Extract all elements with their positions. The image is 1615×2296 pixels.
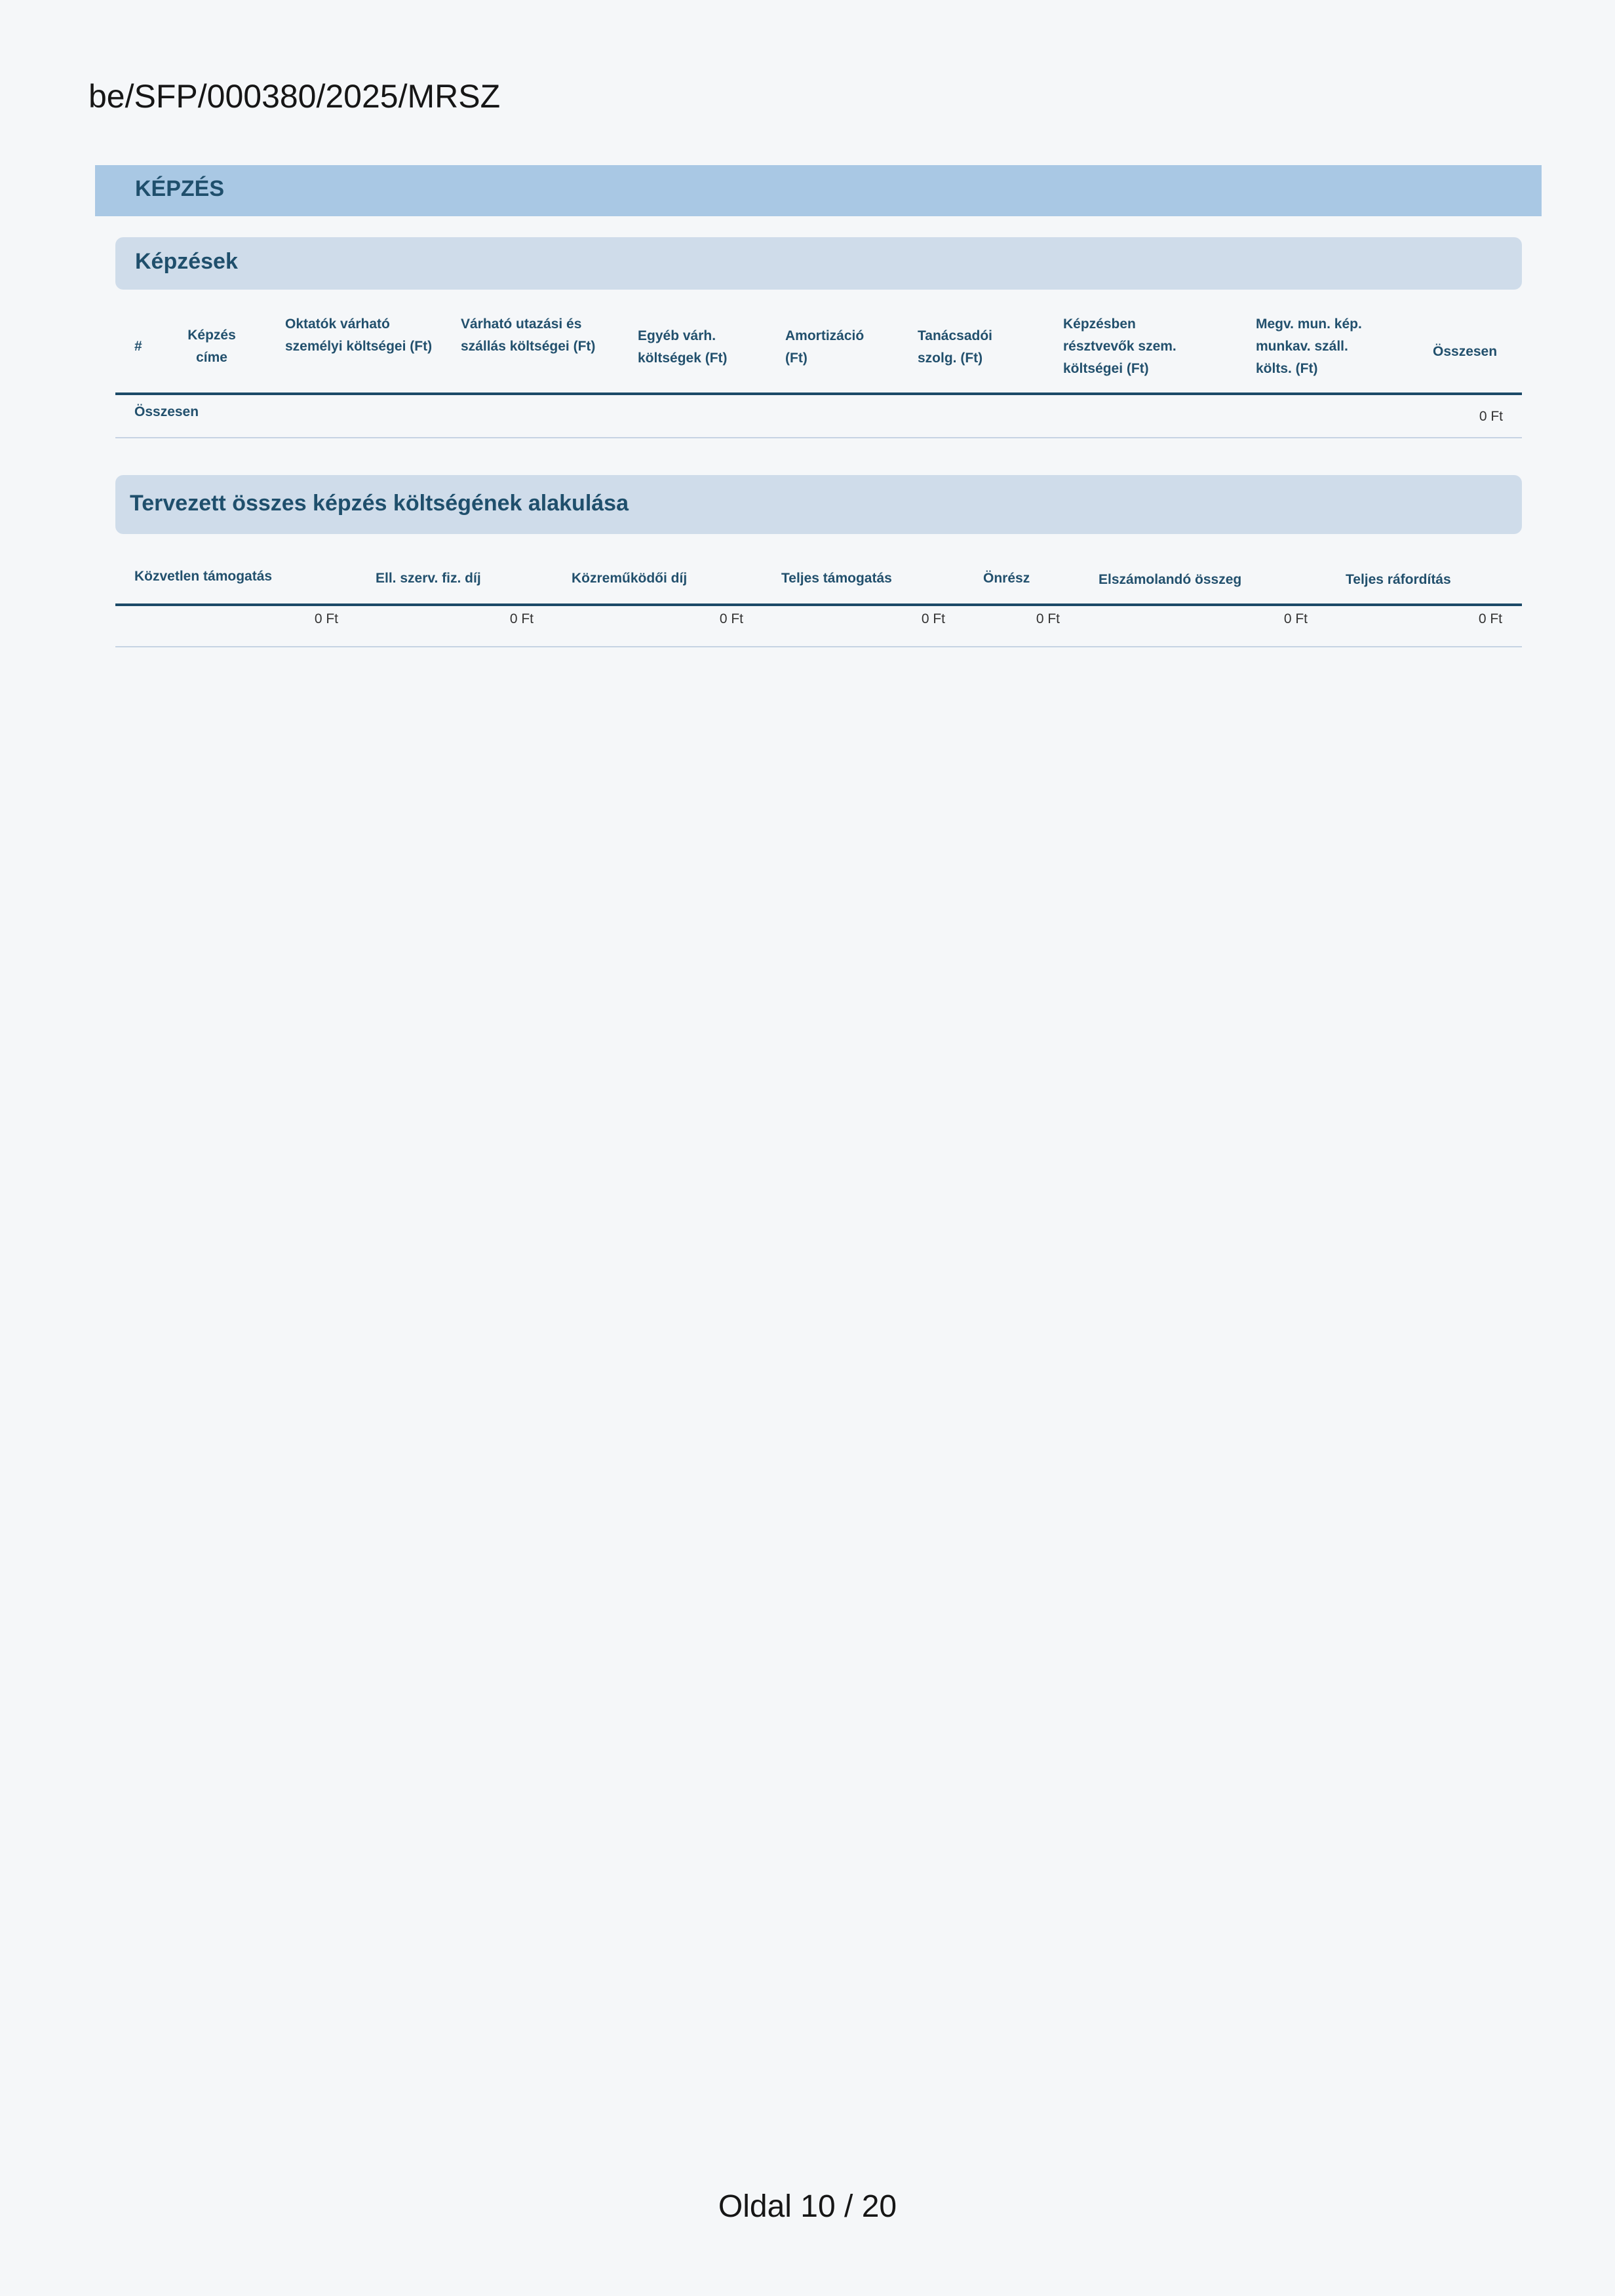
value-control-fee: 0 Ft [484, 611, 534, 627]
table-header-divider [115, 603, 1522, 606]
column-header-amortization: Amortizáció (Ft) [785, 325, 884, 370]
value-accountable-amount: 0 Ft [1258, 611, 1308, 627]
value-total-expenditure: 0 Ft [1452, 611, 1502, 627]
document-reference-id: be/SFP/000380/2025/MRSZ [88, 77, 500, 115]
column-header-direct-support: Közvetlen támogatás [134, 565, 272, 588]
column-header-total-support: Teljes támogatás [781, 567, 892, 590]
column-header-trainer-costs: Oktatók várható személyi költségei (Ft) [285, 313, 436, 358]
total-row-label: Összesen [134, 404, 199, 420]
column-header-total-expenditure: Teljes ráfordítás [1346, 569, 1451, 591]
column-header-intermediary-fee: Közreműködői díj [572, 567, 687, 590]
value-own-contribution: 0 Ft [1010, 611, 1060, 627]
value-direct-support: 0 Ft [288, 611, 338, 627]
page-number: Oldal 10 / 20 [0, 2189, 1615, 2225]
column-header-travel-costs: Várható utazási és szállás költségei (Ft… [461, 313, 612, 358]
column-header-consulting: Tanácsadói szolg. (Ft) [918, 325, 1003, 370]
cost-summary-title: Tervezett összes képzés költségének alak… [130, 491, 629, 516]
section-header-kepzes: KÉPZÉS [95, 165, 1542, 216]
cost-summary-header-bar: Tervezett összes képzés költségének alak… [115, 475, 1522, 534]
value-intermediary-fee: 0 Ft [693, 611, 743, 627]
section-title: KÉPZÉS [135, 176, 224, 202]
column-header-control-fee: Ell. szerv. fiz. díj [376, 567, 481, 590]
table-row-divider [115, 437, 1522, 438]
column-header-participant-costs: Képzésben résztvevők szem. költségei (Ft… [1063, 313, 1194, 380]
value-total-support: 0 Ft [895, 611, 945, 627]
column-header-accountable-amount: Elszámolandó összeg [1099, 569, 1241, 591]
column-header-other-costs: Egyéb várh. költségek (Ft) [638, 325, 756, 370]
column-header-wage-costs: Megv. mun. kép. munkav. száll. költs. (F… [1256, 313, 1380, 380]
trainings-table-title: Képzések [135, 249, 238, 275]
trainings-table-header-bar: Képzések [115, 237, 1522, 290]
table-row-divider [115, 646, 1522, 647]
column-header-own-contribution: Önrész [983, 567, 1030, 590]
column-header-total: Összesen [1433, 341, 1497, 363]
column-header-number: # [134, 335, 142, 358]
table-header-divider [115, 392, 1522, 395]
column-header-training-title: Képzés címe [182, 324, 241, 369]
total-row-value: 0 Ft [1479, 409, 1503, 425]
